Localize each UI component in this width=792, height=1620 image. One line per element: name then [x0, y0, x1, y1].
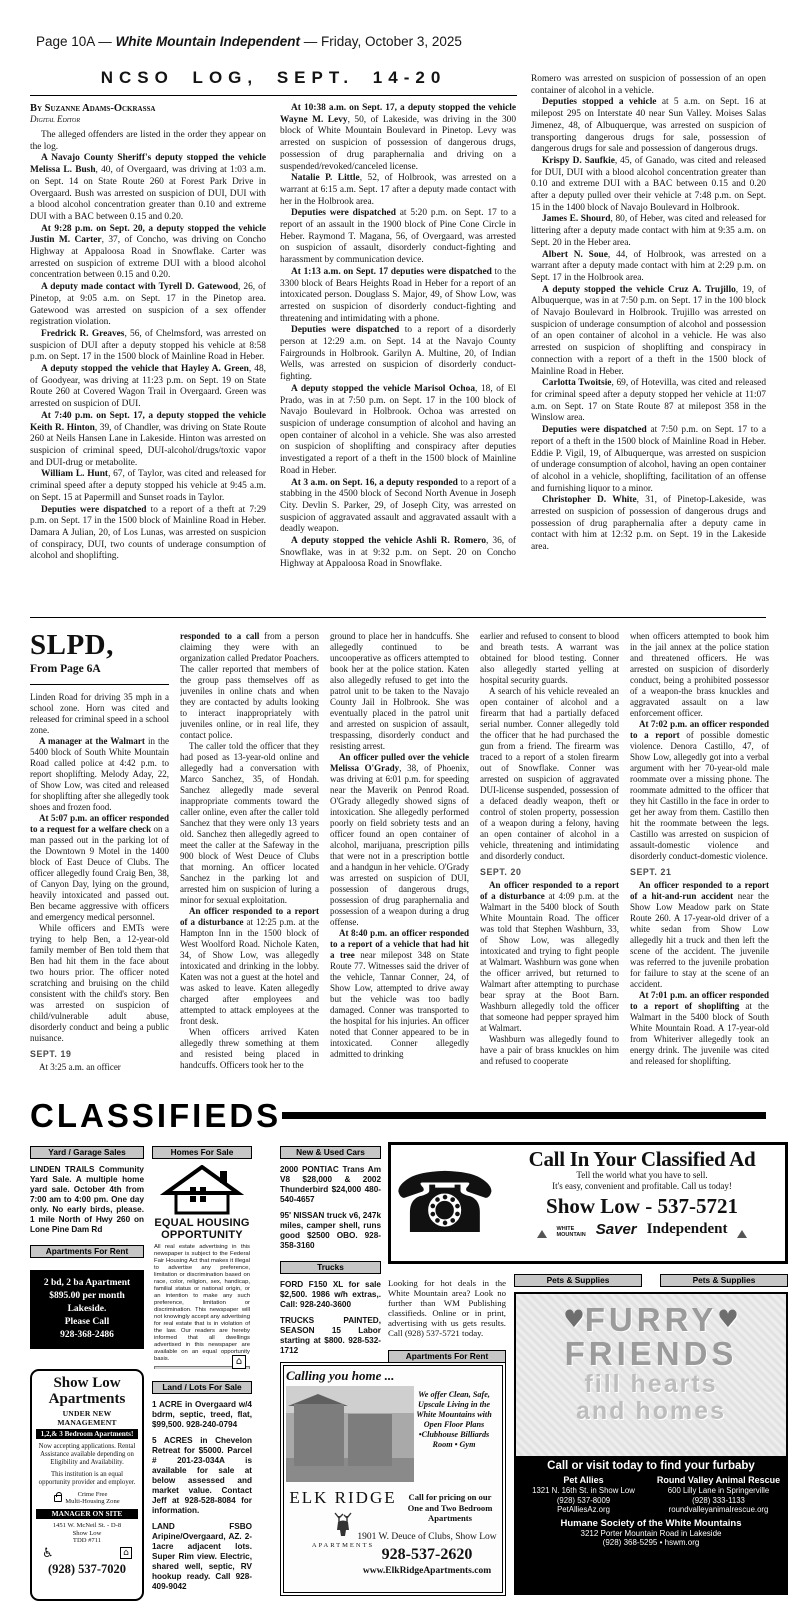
black-ad-line: Please Call	[33, 1316, 141, 1329]
heart-icon: ♥	[717, 1305, 739, 1333]
house-icon	[160, 1165, 244, 1215]
elk-ridge-offer-text: We offer Clean, Safe, Upscale Living in …	[408, 1390, 500, 1450]
call-in-text-block: Call In Your Classified Ad Tell the worl…	[499, 1145, 785, 1261]
ncso-left-block: NCSO LOG, SEPT. 14-20 By Suzanne Adams-O…	[30, 56, 517, 571]
page-folio: Page 10A — White Mountain Independent — …	[36, 34, 462, 49]
humane-society-name: Humane Society of the White Mountains	[516, 1518, 786, 1529]
paragraph: TRUCKS PAINTED, SEASON 15 Labor starting…	[280, 1316, 381, 1356]
classifieds-banner: CLASSIFIEDS	[30, 1097, 766, 1135]
padlock-icon	[54, 1495, 62, 1502]
paragraph: 5 ACRES in Chevelon Retreat for $5000. P…	[152, 1436, 252, 1516]
slpd-col1-text: Linden Road for driving 35 mph in a scho…	[30, 692, 169, 1073]
shelter-phone: (928) 333-1133	[651, 1496, 786, 1506]
building-shape	[348, 1414, 392, 1466]
slpd-section: SLPD, From Page 6A Linden Road for drivi…	[30, 631, 770, 1093]
paragraph: At 7:40 p.m. on Sept. 17, a deputy stopp…	[30, 411, 266, 470]
paragraph: 1 ACRE in Overgaard w/4 bdrm, septic, tr…	[152, 1400, 252, 1430]
date-subhead: SEPT. 19	[30, 1049, 169, 1059]
and-homes-line: and homes	[516, 1398, 786, 1425]
paragraph: LAND FSBO Aripine/Overgaard, AZ. 2-1acre…	[152, 1522, 252, 1592]
paragraph: At 3 a.m. on Sept. 16, a deputy responde…	[280, 478, 516, 537]
paragraph: Washburn was allegedly found to have a p…	[480, 1034, 619, 1067]
crime-free-label: Crime Free Multi-Housing Zone	[65, 1491, 119, 1505]
classifieds-banner-rule	[282, 1112, 766, 1119]
ncso-col3-text: Romero was arrested on suspicion of poss…	[531, 74, 766, 554]
white-mountain-label: WHITE MOUNTAIN	[557, 1227, 586, 1238]
paragraph: A deputy made contact with Tyrell D. Gat…	[30, 282, 266, 329]
elk-ridge-website: www.ElkRidgeApartments.com	[354, 1566, 500, 1576]
building-shape	[294, 1404, 344, 1466]
slpd-column-3: ground to place her in handcuffs. She al…	[330, 631, 469, 1093]
land-ads: 1 ACRE in Overgaard w/4 bdrm, septic, tr…	[152, 1400, 252, 1592]
furry-friends-art: ♥FURRY♥ FRIENDS fill hearts and homes	[516, 1294, 786, 1456]
classifieds-title: CLASSIFIEDS	[30, 1097, 281, 1134]
equal-housing-body-text: All real estate advertising in this news…	[154, 1244, 250, 1363]
paragraph: An officer responded to a report of a hi…	[630, 880, 769, 990]
category-header-apartments-for-rent-1: Apartments For Rent	[30, 1245, 144, 1258]
ncso-headline: NCSO LOG, SEPT. 14-20	[30, 56, 517, 88]
classifieds-col2: Homes For Sale EQUAL HOUSING OPPORTUNITY…	[152, 1146, 252, 1612]
independent-logo: Independent	[647, 1221, 728, 1238]
elk-ridge-inner: Calling you home ... We offer Clean, Saf…	[286, 1368, 500, 1590]
category-header-yard-garage-sales: Yard / Garage Sales	[30, 1146, 144, 1159]
hot-deals-house-ad: Looking for hot deals in the White Mount…	[388, 1278, 506, 1338]
category-header-land-lots-for-sale: Land / Lots For Sale	[152, 1381, 252, 1394]
shelter-columns: Pet Allies 1321 N. 16th St. in Show Low …	[516, 1475, 786, 1515]
shelter-phone: (928) 537-8009	[516, 1496, 651, 1506]
slpd-title: SLPD,	[30, 631, 169, 660]
category-header-pets-supplies-2: Pets & Supplies	[660, 1274, 788, 1287]
classifieds-col1: Yard / Garage Sales LINDEN TRAILS Commun…	[30, 1146, 144, 1612]
paragraph: A deputy stopped the vehicle Marisol Och…	[280, 384, 516, 478]
mountain-logo	[537, 1230, 547, 1238]
paragraph: An officer pulled over the vehicle Melis…	[330, 752, 469, 928]
black-ad-line: $895.00 per month	[33, 1290, 141, 1303]
shelter-website: PetAlliesAz.org	[516, 1505, 651, 1515]
shelter-name: Round Valley Animal Rescue	[651, 1475, 786, 1486]
slpd-continued-from: From Page 6A	[30, 663, 169, 675]
paragraph: A Navajo County Sheriff's deputy stopped…	[30, 153, 266, 223]
ncso-column-3: Romero was arrested on suspicion of poss…	[531, 74, 766, 612]
wheelchair-icon: ♿	[42, 1547, 54, 1560]
slpd-col3-text: ground to place her in handcuffs. She al…	[330, 631, 469, 1060]
ncso-col1-text: The alleged offenders are listed in the …	[30, 130, 266, 563]
paragraph: A deputy stopped the vehicle Cruz A. Tru…	[531, 285, 766, 379]
paragraph: 95' NISSAN truck v6, 247k miles, camper …	[280, 1211, 381, 1251]
paragraph: At 7:02 p.m. an officer responded to a r…	[630, 719, 769, 862]
slpd-column-1: SLPD, From Page 6A Linden Road for drivi…	[30, 631, 169, 1093]
elk-ridge-logo-name: ELK RIDGE	[288, 1488, 398, 1508]
paragraph: earlier and refused to consent to blood …	[480, 631, 619, 686]
paragraph: Linden Road for driving 35 mph in a scho…	[30, 692, 169, 736]
newspaper-page: Page 10A — White Mountain Independent — …	[0, 0, 792, 1620]
paragraph: While officers and EMTs were trying to h…	[30, 923, 169, 1044]
apartment-photo	[286, 1386, 414, 1482]
furry-friends-contact-block: Call or visit today to find your furbaby…	[516, 1456, 786, 1595]
show-low-apts-text: This institution is an equal opportunity…	[36, 1471, 138, 1487]
elk-ridge-apartments-ad: Calling you home ... We offer Clean, Saf…	[280, 1362, 506, 1596]
slpd-rule	[30, 684, 169, 685]
paragraph: Deputies were dispatched to a report of …	[30, 505, 266, 564]
call-in-title: Call In Your Classified Ad	[499, 1148, 785, 1170]
paragraph: At 1:13 a.m. on Sept. 17 deputies were d…	[280, 267, 516, 326]
paragraph: At 7:01 p.m. an officer responded to a r…	[630, 990, 769, 1067]
shelter-address: 600 Lilly Lane in Springerville	[651, 1486, 786, 1496]
paragraph: Christopher D. White, 31, of Pinetop-Lak…	[531, 495, 766, 554]
paragraph: Carlotta Twoitsie, 69, of Hotevilla, was…	[531, 378, 766, 425]
paragraph: At 8:40 p.m. an officer responded to a r…	[330, 928, 469, 1060]
byline: By Suzanne Adams-Ockrassa	[30, 103, 266, 114]
ncso-column-2: At 10:38 a.m. on Sept. 17, a deputy stop…	[280, 103, 516, 571]
folio-paper-name: White Mountain Independent	[116, 34, 300, 49]
show-low-apts-text: Now accepting applications. Rental Assis…	[36, 1443, 138, 1467]
equal-housing-logo: ⌂	[232, 1355, 246, 1369]
slpd-column-5: when officers attempted to book him in t…	[630, 631, 769, 1093]
mountain-logo	[737, 1230, 747, 1238]
paragraph: Deputies were dispatched at 7:50 p.m. on…	[531, 425, 766, 495]
slpd-col5-text: when officers attempted to book him in t…	[630, 631, 769, 1067]
car-ads: 2000 PONTIAC Trans Am V8 $28,000 & 2002 …	[280, 1165, 381, 1251]
date-subhead: SEPT. 20	[480, 867, 619, 877]
date-subhead: SEPT. 21	[630, 867, 769, 877]
under-new-management: UNDER NEW MANAGEMENT	[36, 1409, 138, 1427]
paragraph: A search of his vehicle revealed an open…	[480, 686, 619, 862]
paragraph: A deputy stopped the vehicle Ashli R. Ro…	[280, 536, 516, 571]
ncso-log-section: NCSO LOG, SEPT. 14-20 By Suzanne Adams-O…	[30, 56, 766, 614]
byline-title: Digital Editor	[30, 114, 266, 125]
category-header-homes-for-sale: Homes For Sale	[152, 1146, 252, 1159]
paragraph: Deputies were dispatched at 5:20 p.m. on…	[280, 208, 516, 267]
show-low-apts-phone: (928) 537-7020	[36, 1562, 138, 1577]
furry-cta: Call or visit today to find your furbaby	[516, 1460, 786, 1473]
paragraph: The alleged offenders are listed in the …	[30, 130, 266, 153]
equal-housing-title: EQUAL HOUSING OPPORTUNITY	[154, 1217, 250, 1241]
yard-sale-ads: LINDEN TRAILS Community Yard Sale. A mul…	[30, 1165, 144, 1235]
paragraph: James E. Shourd, 80, of Heber, was cited…	[531, 214, 766, 249]
category-header-pets-supplies-1: Pets & Supplies	[514, 1274, 642, 1287]
paragraph: An officer responded to a report of a di…	[180, 906, 319, 1027]
fill-hearts-line: fill hearts	[516, 1371, 786, 1398]
friends-line: FRIENDS	[516, 1337, 786, 1371]
crime-free-row: Crime Free Multi-Housing Zone	[36, 1491, 138, 1505]
paragraph: responded to a call from a person claimi…	[180, 631, 319, 741]
show-low-apartments-ad: Show Low Apartments UNDER NEW MANAGEMENT…	[30, 1369, 144, 1601]
classifieds-section: Yard / Garage Sales LINDEN TRAILS Commun…	[0, 1140, 792, 1618]
manager-on-site-bar: MANAGER ON SITE	[36, 1509, 138, 1519]
truck-ads: FORD F150 XL for sale $2,500. 1986 w/h e…	[280, 1280, 381, 1356]
paragraph: A manager at the Walmart in the 5400 blo…	[30, 736, 169, 813]
slpd-col4-text: earlier and refused to consent to blood …	[480, 631, 619, 1067]
accessibility-icons-row: ♿ ⌂	[36, 1547, 138, 1560]
paragraph: 2000 PONTIAC Trans Am V8 $28,000 & 2002 …	[280, 1165, 381, 1205]
headline-rule	[30, 95, 517, 96]
shelter-address: 1321 N. 16th St. in Show Low	[516, 1486, 651, 1496]
paragraph: When officers arrived Katen allegedly th…	[180, 1027, 319, 1071]
call-in-subtitle-2: It's easy, convenient and profitable. Ca…	[499, 1181, 785, 1192]
shelter-website: roundvalleyanimalrescue.org	[651, 1505, 786, 1515]
paragraph: ground to place her in handcuffs. She al…	[330, 631, 469, 752]
show-low-apts-title: Show Low Apartments	[36, 1376, 138, 1407]
paragraph: Krispy D. Saufkie, 45, of Ganado, was ci…	[531, 156, 766, 215]
slpd-column-2: responded to a call from a person claimi…	[180, 631, 319, 1093]
folio-date: — Friday, October 3, 2025	[300, 34, 462, 49]
paragraph: At 10:38 a.m. on Sept. 17, a deputy stop…	[280, 103, 516, 173]
category-header-new-used-cars: New & Used Cars	[280, 1146, 381, 1159]
paragraph: William L. Hunt, 67, of Taylor, was cite…	[30, 469, 266, 504]
folio-page: Page 10A —	[36, 34, 116, 49]
ncso-columns: By Suzanne Adams-Ockrassa Digital Editor…	[30, 103, 517, 571]
black-ad-line: Lakeside.	[33, 1303, 141, 1316]
pedestal-graphic: ⌂	[154, 1366, 250, 1369]
bedroom-apartments-bar: 1,2,& 3 Bedroom Apartments!	[36, 1429, 138, 1439]
humane-society-address: 3212 Porter Mountain Road in Lakeside	[516, 1529, 786, 1539]
telephone-icon: ☎	[393, 1161, 498, 1245]
ncso-column-1: By Suzanne Adams-Ockrassa Digital Editor…	[30, 103, 266, 571]
paragraph: Romero was arrested on suspicion of poss…	[531, 74, 766, 97]
paragraph: The caller told the officer that they ha…	[180, 741, 319, 906]
slpd-col2-text: responded to a call from a person claimi…	[180, 631, 319, 1071]
paragraph: Deputies stopped a vehicle at 5 a.m. on …	[531, 97, 766, 156]
category-header-trucks: Trucks	[280, 1261, 381, 1274]
round-valley-block: Round Valley Animal Rescue 600 Lilly Lan…	[651, 1475, 786, 1515]
call-in-phone-number: Show Low - 537-5721	[499, 1194, 785, 1218]
pet-allies-block: Pet Allies 1321 N. 16th St. in Show Low …	[516, 1475, 651, 1515]
furry-line: ♥FURRY♥	[516, 1302, 786, 1337]
paragraph: Natalie P. Little, 52, of Holbrook, was …	[280, 173, 516, 208]
ncso-col2-text: At 10:38 a.m. on Sept. 17, a deputy stop…	[280, 103, 516, 571]
call-in-subtitle-1: Tell the world what you have to sell.	[499, 1170, 785, 1181]
paragraph: Deputies were dispatched to a report of …	[280, 325, 516, 384]
saver-logo: Saver	[596, 1221, 637, 1238]
paragraph: Albert N. Soue, 44, of Holbrook, was arr…	[531, 250, 766, 285]
show-low-apts-address: 1451 W. McNeil St. - D-8 Show Low TDD #7…	[36, 1522, 138, 1545]
slpd-column-4: earlier and refused to consent to blood …	[480, 631, 619, 1093]
paragraph: An officer responded to a report of a di…	[480, 880, 619, 1034]
section-divider-rule	[30, 617, 766, 618]
elk-ridge-address: 1901 W. Deuce of Clubs, Show Low	[354, 1532, 500, 1542]
elk-ridge-pricing-text: Call for pricing on our One and Two Bedr…	[400, 1492, 500, 1524]
call-in-classified-ad: ☎ Call In Your Classified Ad Tell the wo…	[388, 1142, 788, 1264]
paragraph: At 5:07 p.m. an officer responded to a r…	[30, 813, 169, 923]
black-ad-line: 2 bd, 2 ba Apartment	[33, 1277, 141, 1290]
equal-housing-icon: ⌂	[120, 1547, 132, 1559]
black-ad-phone: 928-368-2486	[33, 1329, 141, 1342]
paragraph: FORD F150 XL for sale $2,500. 1986 w/h e…	[280, 1280, 381, 1310]
calling-you-home-headline: Calling you home ...	[286, 1368, 500, 1384]
equal-housing-opportunity-ad: EQUAL HOUSING OPPORTUNITY All real estat…	[152, 1163, 252, 1369]
apartment-black-ad: 2 bd, 2 ba Apartment $895.00 per month L…	[30, 1270, 144, 1349]
furry-friends-ad: ♥FURRY♥ FRIENDS fill hearts and homes Ca…	[514, 1292, 788, 1595]
paragraph: A deputy stopped the vehicle that Hayley…	[30, 364, 266, 411]
paragraph: LINDEN TRAILS Community Yard Sale. A mul…	[30, 1165, 144, 1235]
paragraph: when officers attempted to book him in t…	[630, 631, 769, 719]
shelter-name: Pet Allies	[516, 1475, 651, 1486]
elk-ridge-phone: 928-537-2620	[354, 1546, 500, 1564]
heart-icon: ♥	[563, 1305, 585, 1333]
humane-society-phone: (928) 368-5295 • hswm.org	[516, 1538, 786, 1548]
paragraph: Fredrick R. Greaves, 56, of Chelmsford, …	[30, 329, 266, 364]
paragraph: At 9:28 p.m. on Sept. 20, a deputy stopp…	[30, 224, 266, 283]
telephone-graphic: ☎	[391, 1145, 499, 1261]
publisher-logos: WHITE MOUNTAIN Saver Independent	[499, 1221, 785, 1238]
paragraph: At 3:25 a.m. an officer	[30, 1062, 169, 1073]
